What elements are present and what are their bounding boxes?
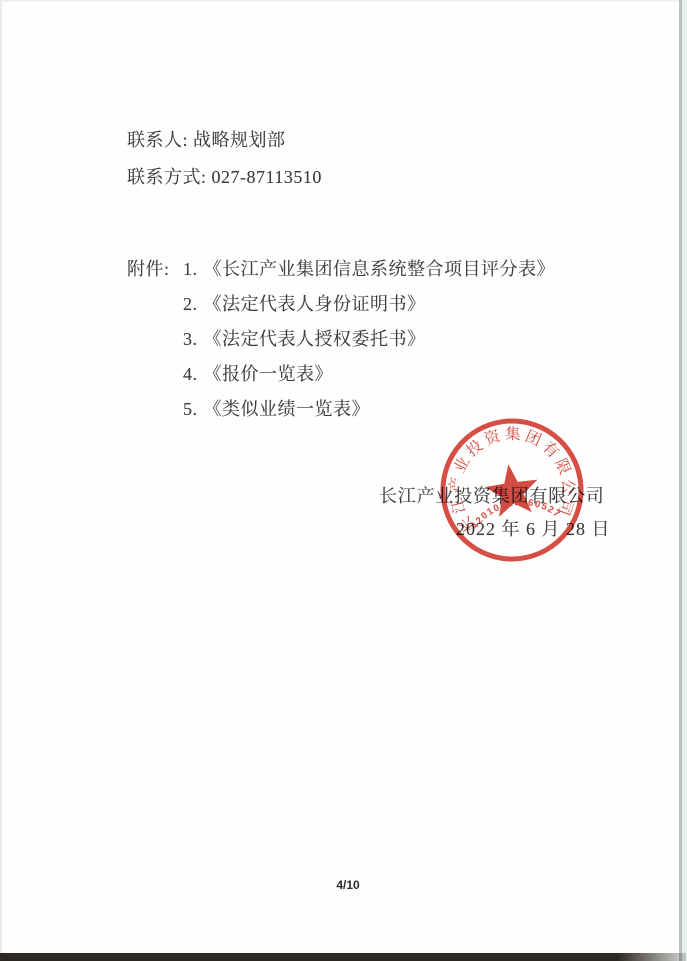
scan-edge-right-outer [682,0,687,961]
attachment-title: 《类似业绩一览表》 [204,399,371,419]
attachment-number: 1. [183,259,204,279]
attachment-number: 2. [183,294,204,314]
attachments-label: 附件: [127,257,170,281]
attachment-item: 1.《长江产业集团信息系统整合项目评分表》 [183,257,555,281]
attachment-item: 4.《报价一览表》 [183,362,333,386]
attachment-number: 3. [183,329,204,349]
attachment-title: 《法定代表人授权委托书》 [204,329,426,349]
contact-person-line: 联系人: 战略规划部 [127,128,286,152]
attachment-item: 3.《法定代表人授权委托书》 [183,327,426,351]
scanned-document-page: 联系人: 战略规划部 联系方式: 027-87113510 附件: 1.《长江产… [0,0,687,961]
scan-edge-top [0,0,687,2]
scan-edge-bottom [0,953,686,961]
attachment-item: 2.《法定代表人身份证明书》 [183,292,426,316]
attachment-number: 4. [183,364,204,384]
attachment-number: 5. [183,399,204,419]
page-number: 4/10 [318,878,378,892]
scan-edge-left [0,0,2,961]
attachment-title: 《长江产业集团信息系统整合项目评分表》 [204,259,556,279]
attachment-item: 5.《类似业绩一览表》 [183,397,370,421]
attachment-title: 《报价一览表》 [204,364,334,384]
company-seal-stamp: 长江产业投资集团有限公司 42010610160527 [426,405,597,575]
contact-phone-line: 联系方式: 027-87113510 [127,165,322,189]
scan-edge-right-line [679,0,682,961]
attachment-title: 《法定代表人身份证明书》 [204,294,426,314]
